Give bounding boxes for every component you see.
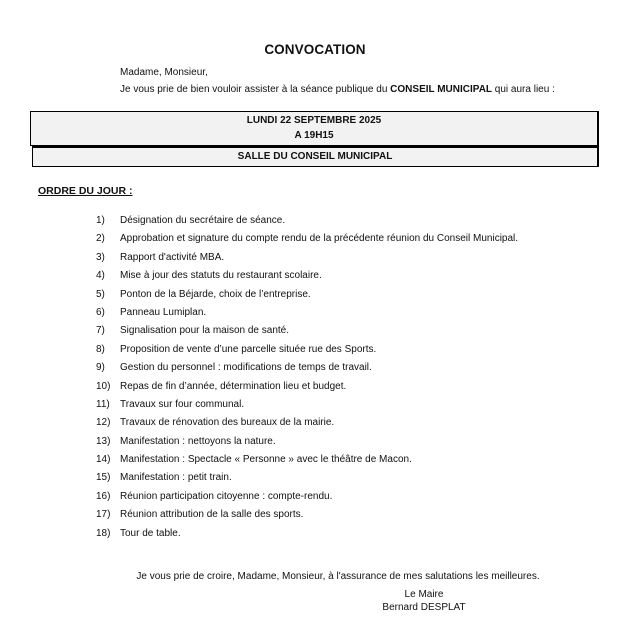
agenda-item-text: Ponton de la Béjarde, choix de l’entrepr… <box>120 288 311 306</box>
agenda-item-text: Manifestation : petit train. <box>120 471 232 489</box>
meeting-datetime-box: LUNDI 22 SEPTEMBRE 2025 A 19H15 <box>30 111 599 146</box>
agenda-item-number: 13) <box>96 435 120 453</box>
agenda-item: 13)Manifestation : nettoyons la nature. <box>96 435 518 453</box>
document-title: CONVOCATION <box>0 42 618 57</box>
agenda-item: 17)Réunion attribution de la salle des s… <box>96 508 518 526</box>
agenda-item-text: Réunion attribution de la salle des spor… <box>120 508 303 526</box>
agenda-item-text: Proposition de vente d’une parcelle situ… <box>120 343 376 361</box>
signer-title: Le Maire <box>0 589 618 600</box>
agenda-item: 4)Mise à jour des statuts du restaurant … <box>96 269 518 287</box>
agenda-item: 5)Ponton de la Béjarde, choix de l’entre… <box>96 288 518 306</box>
agenda-item: 3)Rapport d'activité MBA. <box>96 251 518 269</box>
agenda-item: 2)Approbation et signature du compte ren… <box>96 232 518 250</box>
agenda-item-text: Repas de fin d’année, détermination lieu… <box>120 380 346 398</box>
agenda-item-number: 17) <box>96 508 120 526</box>
agenda-item-number: 5) <box>96 288 120 306</box>
salutation: Madame, Monsieur, <box>120 67 208 78</box>
agenda-item-number: 11) <box>96 398 120 416</box>
agenda-item-number: 16) <box>96 490 120 508</box>
signer-name: Bernard DESPLAT <box>0 602 618 613</box>
agenda-item-number: 7) <box>96 324 120 342</box>
agenda-item-text: Réunion participation citoyenne : compte… <box>120 490 332 508</box>
meeting-place: SALLE DU CONSEIL MUNICIPAL <box>33 151 597 162</box>
invitation-text-after: qui aura lieu : <box>492 84 555 95</box>
agenda-item: 7)Signalisation pour la maison de santé. <box>96 324 518 342</box>
agenda-item: 18)Tour de table. <box>96 527 518 545</box>
agenda-item-text: Manifestation : Spectacle « Personne » a… <box>120 453 412 471</box>
agenda-item: 12)Travaux de rénovation des bureaux de … <box>96 416 518 434</box>
agenda-item: 1)Désignation du secrétaire de séance. <box>96 214 518 232</box>
meeting-time: A 19H15 <box>31 130 597 141</box>
council-name: CONSEIL MUNICIPAL <box>390 84 492 95</box>
agenda-item: 16)Réunion participation citoyenne : com… <box>96 490 518 508</box>
agenda-item-number: 18) <box>96 527 120 545</box>
invitation-sentence: Je vous prie de bien vouloir assister à … <box>120 84 555 95</box>
agenda-item-text: Travaux de rénovation des bureaux de la … <box>120 416 334 434</box>
agenda-item-text: Panneau Lumiplan. <box>120 306 206 324</box>
agenda-item-number: 10) <box>96 380 120 398</box>
agenda-item-number: 8) <box>96 343 120 361</box>
agenda-item-text: Désignation du secrétaire de séance. <box>120 214 285 232</box>
agenda-item-number: 2) <box>96 232 120 250</box>
agenda-item-text: Gestion du personnel : modifications de … <box>120 361 372 379</box>
meeting-place-box: SALLE DU CONSEIL MUNICIPAL <box>32 146 599 167</box>
agenda-item-number: 12) <box>96 416 120 434</box>
agenda-list: 1)Désignation du secrétaire de séance.2)… <box>96 214 518 545</box>
agenda-item-text: Mise à jour des statuts du restaurant sc… <box>120 269 322 287</box>
agenda-item-number: 1) <box>96 214 120 232</box>
agenda-item-number: 15) <box>96 471 120 489</box>
agenda-item-text: Tour de table. <box>120 527 181 545</box>
agenda-item: 10)Repas de fin d’année, détermination l… <box>96 380 518 398</box>
agenda-item-text: Approbation et signature du compte rendu… <box>120 232 518 250</box>
agenda-item-text: Travaux sur four communal. <box>120 398 244 416</box>
agenda-item-text: Signalisation pour la maison de santé. <box>120 324 289 342</box>
agenda-heading: ORDRE DU JOUR : <box>38 185 133 197</box>
agenda-item-text: Rapport d'activité MBA. <box>120 251 224 269</box>
agenda-item: 14)Manifestation : Spectacle « Personne … <box>96 453 518 471</box>
agenda-item-number: 4) <box>96 269 120 287</box>
meeting-date: LUNDI 22 SEPTEMBRE 2025 <box>31 115 597 126</box>
agenda-item: 15)Manifestation : petit train. <box>96 471 518 489</box>
agenda-item: 9)Gestion du personnel : modifications d… <box>96 361 518 379</box>
agenda-item-number: 6) <box>96 306 120 324</box>
agenda-item: 8)Proposition de vente d’une parcelle si… <box>96 343 518 361</box>
agenda-item-number: 9) <box>96 361 120 379</box>
agenda-item: 11)Travaux sur four communal. <box>96 398 518 416</box>
agenda-item: 6)Panneau Lumiplan. <box>96 306 518 324</box>
closing-sentence: Je vous prie de croire, Madame, Monsieur… <box>0 571 618 582</box>
agenda-item-text: Manifestation : nettoyons la nature. <box>120 435 276 453</box>
agenda-item-number: 3) <box>96 251 120 269</box>
invitation-text-before: Je vous prie de bien vouloir assister à … <box>120 84 390 95</box>
agenda-item-number: 14) <box>96 453 120 471</box>
